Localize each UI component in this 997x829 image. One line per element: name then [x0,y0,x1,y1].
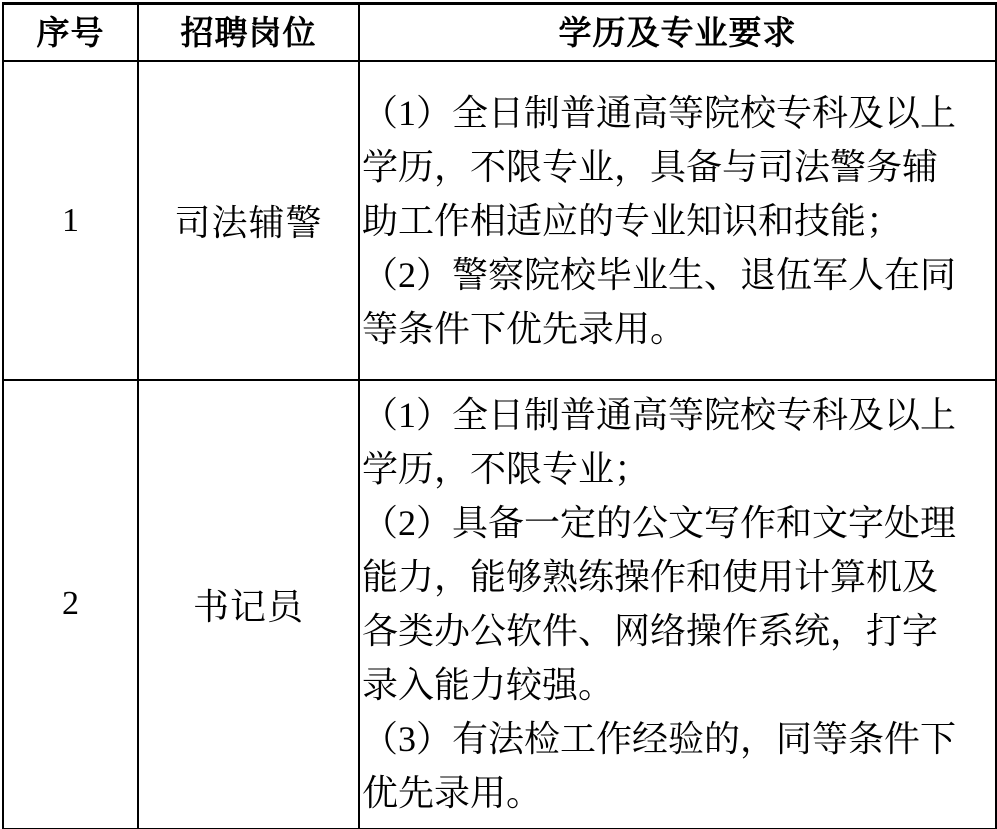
requirement-line: （1）全日制普通高等院校专科及以上 [362,86,993,140]
requirements-cell: （1）全日制普通高等院校专科及以上 学历，不限专业； （2）具备一定的公文写作和… [359,380,996,829]
requirement-line: 助工作相适应的专业知识和技能； [362,194,993,248]
requirement-line: （2）警察院校毕业生、退伍军人在同 [362,248,993,302]
requirement-line: 学历，不限专业，具备与司法警务辅 [362,140,993,194]
requirements-cell: （1）全日制普通高等院校专科及以上 学历，不限专业，具备与司法警务辅 助工作相适… [359,61,996,380]
recruitment-table: 序号 招聘岗位 学历及专业要求 1 司法辅警 （1）全日制普通高等院校专科及以上… [2,2,997,829]
requirement-line: 学历，不限专业； [362,442,993,496]
column-header-requirements: 学历及专业要求 [359,4,996,62]
document-page: 序号 招聘岗位 学历及专业要求 1 司法辅警 （1）全日制普通高等院校专科及以上… [0,0,997,829]
requirement-line: （1）全日制普通高等院校专科及以上 [362,388,993,442]
column-header-serial-number: 序号 [3,4,138,62]
header-row: 序号 招聘岗位 学历及专业要求 [3,4,996,62]
position-name-cell: 书记员 [138,380,359,829]
requirement-line: 录入能力较强。 [362,658,993,712]
position-name-cell: 司法辅警 [138,61,359,380]
requirement-line: 各类办公软件、网络操作系统，打字 [362,604,993,658]
table-row-judicial-auxiliary-police: 1 司法辅警 （1）全日制普通高等院校专科及以上 学历，不限专业，具备与司法警务… [3,61,996,380]
requirement-line: （3）有法检工作经验的，同等条件下 [362,712,993,766]
serial-number-cell: 1 [3,61,138,380]
table-row-court-clerk: 2 书记员 （1）全日制普通高等院校专科及以上 学历，不限专业； （2）具备一定… [3,380,996,829]
column-header-position: 招聘岗位 [138,4,359,62]
serial-number-cell: 2 [3,380,138,829]
requirement-line: 能力，能够熟练操作和使用计算机及 [362,550,993,604]
requirement-line: 优先录用。 [362,766,993,820]
requirement-line: 等条件下优先录用。 [362,302,993,356]
requirement-line: （2）具备一定的公文写作和文字处理 [362,496,993,550]
